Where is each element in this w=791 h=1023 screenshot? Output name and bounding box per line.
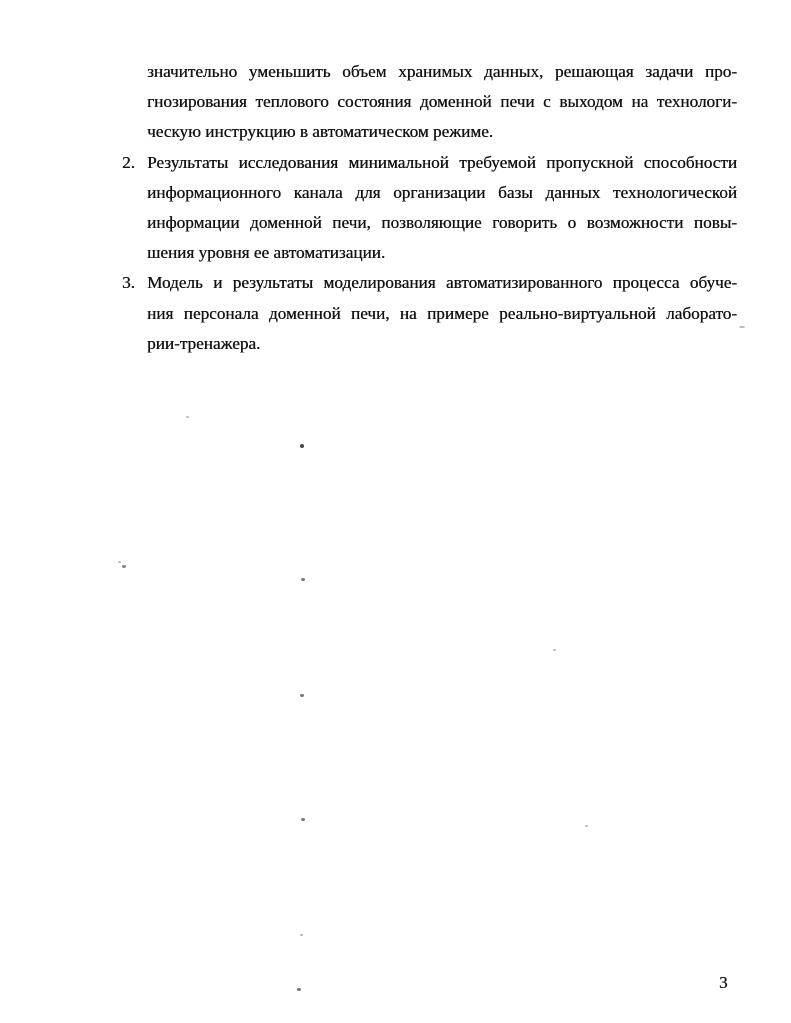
text-block: значительно уменьшить объем хранимых дан… [147, 57, 737, 359]
scan-speck [585, 825, 588, 827]
scan-speck [118, 561, 121, 563]
text-line: значительно уменьшить объем хранимых дан… [147, 57, 737, 87]
list-item-marker: 3. [122, 268, 135, 298]
scan-speck [122, 565, 126, 568]
scan-speck [553, 649, 556, 651]
scan-speck [297, 988, 301, 991]
text-line: 2.Результаты исследования минимальной тр… [147, 148, 737, 178]
text-line: гнозирования теплового состояния доменно… [147, 87, 737, 117]
list-item-marker: 2. [122, 148, 135, 178]
scan-speck [300, 444, 304, 448]
scan-speck [301, 818, 305, 821]
text-line: рии-тренажера. [147, 329, 737, 359]
list-item: 3.Модель и результаты моделирования авто… [147, 268, 737, 359]
text-line: шения уровня ее автоматизации. [147, 238, 737, 268]
scan-speck [300, 694, 304, 697]
list-item: значительно уменьшить объем хранимых дан… [147, 57, 737, 148]
scan-speck [739, 326, 745, 328]
page-number: 3 [719, 973, 728, 993]
text-line: информации доменной печи, позволяющие го… [147, 208, 737, 238]
text-line: ческую инструкцию в автоматическом режим… [147, 117, 737, 147]
scan-speck [186, 416, 189, 418]
scan-speck [300, 934, 303, 936]
text-line: информационного канала для организации б… [147, 178, 737, 208]
text-line: ния персонала доменной печи, на примере … [147, 299, 737, 329]
text-line: 3.Модель и результаты моделирования авто… [147, 268, 737, 298]
scan-speck [301, 578, 305, 581]
scanned-document-page: значительно уменьшить объем хранимых дан… [0, 0, 791, 1023]
list-item: 2.Результаты исследования минимальной тр… [147, 148, 737, 269]
